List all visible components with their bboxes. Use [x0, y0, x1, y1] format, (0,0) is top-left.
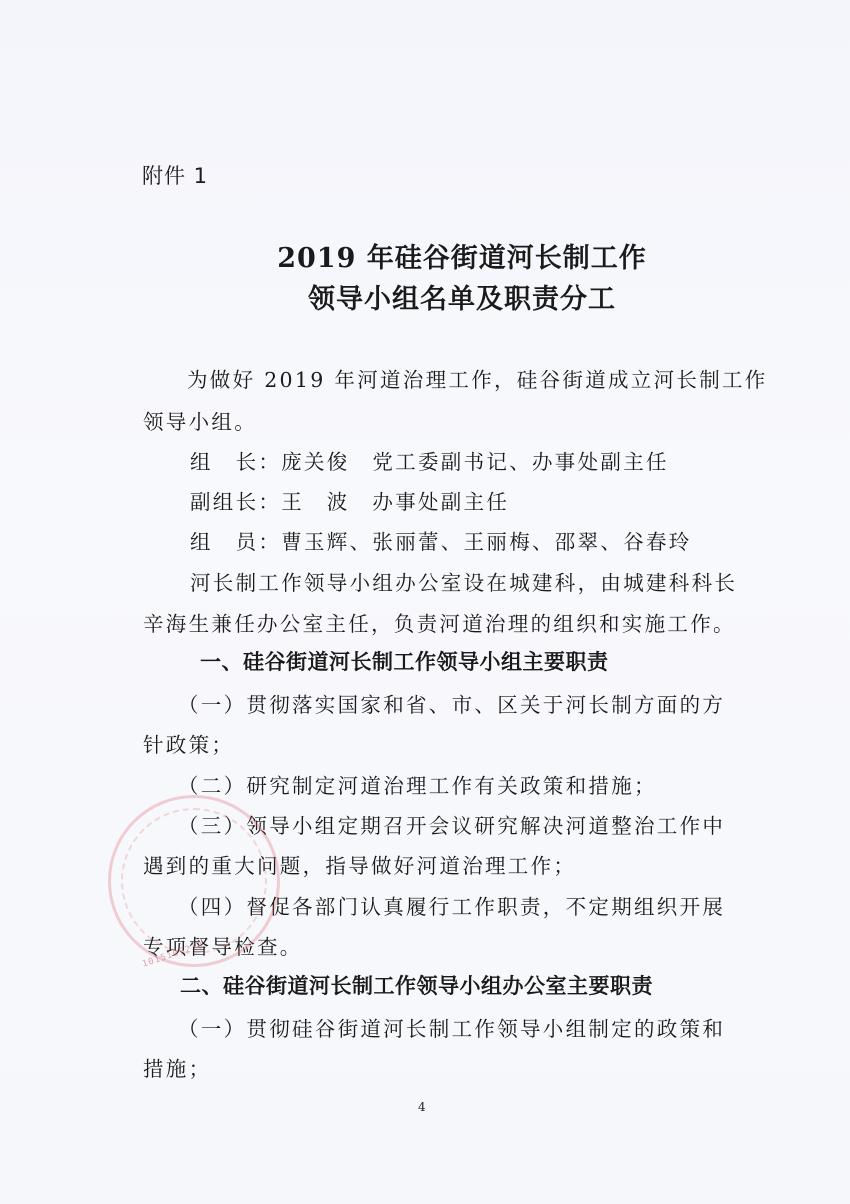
section1-item3-line2: 遇到的重大问题，指导做好河道治理工作； [143, 849, 576, 879]
office-paragraph-line2: 辛海生兼任办公室主任，负责河道治理的组织和实施工作。 [143, 607, 736, 637]
attachment-label: 附件 1 [142, 160, 208, 190]
intro-paragraph-line2: 领导小组。 [143, 405, 257, 435]
document-title-line2: 领导小组名单及职责分工 [37, 277, 850, 316]
section2-item1-line2: 措施； [143, 1052, 211, 1082]
section1-item1-line2: 针政策； [143, 728, 234, 758]
group-members: 组 员：曹玉辉、张丽蕾、王丽梅、邵翠、谷春玲 [190, 525, 692, 555]
office-paragraph-line1: 河长制工作领导小组办公室设在城建科，由城建科科长 [190, 566, 737, 596]
group-deputy-leader: 副组长：王 波 办事处副主任 [190, 485, 509, 515]
section1-item4-line1: （四）督促各部门认真履行工作职责，不定期组织开展 [178, 890, 725, 920]
group-leader: 组 长：庞关俊 党工委副书记、办事处副主任 [190, 445, 669, 475]
section1-item3-line1: （三）领导小组定期召开会议研究解决河道整治工作中 [178, 809, 725, 839]
page-number: 4 [418, 1100, 426, 1114]
section2-heading: 二、硅谷街道河长制工作领导小组办公室主要职责 [180, 970, 653, 1000]
intro-paragraph-line1: 为做好 2019 年河道治理工作，硅谷街道成立河长制工作 [187, 363, 768, 393]
section1-item4-line2: 专项督导检查。 [143, 930, 303, 960]
section1-item1-line1: （一）贯彻落实国家和省、市、区关于河长制方面的方 [178, 688, 725, 718]
section1-item2-line1: （二）研究制定河道治理工作有关政策和措施； [178, 769, 657, 799]
document-page: 附件 1 2019 年硅谷街道河长制工作 领导小组名单及职责分工 为做好 201… [0, 0, 850, 1204]
section2-item1-line1: （一）贯彻硅谷街道河长制工作领导小组制定的政策和 [178, 1012, 725, 1042]
section1-heading: 一、硅谷街道河长制工作领导小组主要职责 [200, 646, 609, 676]
document-title-line1: 2019 年硅谷街道河长制工作 [37, 236, 850, 275]
